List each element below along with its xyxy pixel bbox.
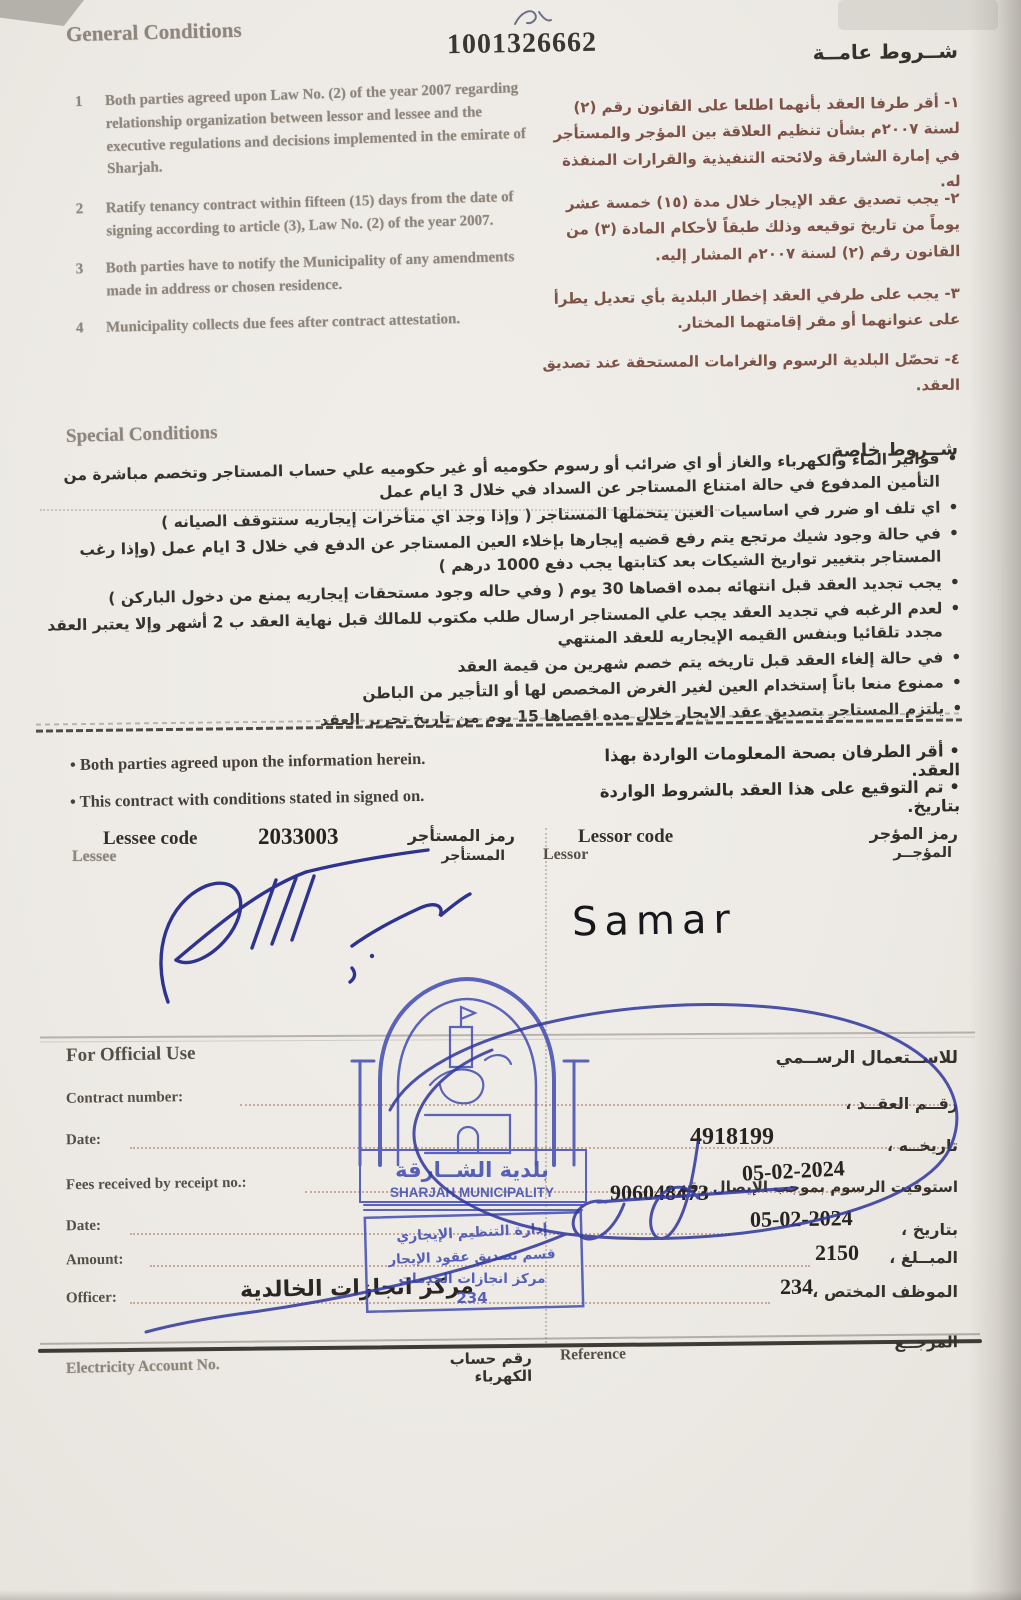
reference-label-en: Reference <box>560 1345 626 1364</box>
attestation-date-value: 05-02-2024 <box>750 1205 853 1233</box>
lessee-code-label-ar: رمز المستأجر <box>380 826 515 845</box>
item-text: Ratify tenancy contract within fifteen (… <box>105 186 528 243</box>
lessor-signature-name: Samar <box>572 897 738 946</box>
general-condition-ar-4: ٤- تحصّل البلدية الرسوم والغرامات المستح… <box>540 346 961 403</box>
officer-label-en: Officer: <box>66 1290 117 1308</box>
stamp-municipality-ar: بلدية الشــارقة <box>395 1158 549 1182</box>
stamp-dept-line: إدارة التنظيم الإيجاري <box>396 1221 548 1246</box>
item-number: ٤- <box>944 350 960 368</box>
item-text: يجب على طرفي العقد إخطار البلدية بأي تعد… <box>554 284 961 332</box>
lessee-label: Lessee <box>72 848 116 866</box>
item-text: Both parties have to notify the Municipa… <box>105 246 528 303</box>
general-conditions-heading-en: General Conditions <box>66 18 242 48</box>
general-condition-ar-2: ٢- يجب تصديق عقد الإيجار خلال مدة (١٥) خ… <box>539 185 960 270</box>
item-number: ١- <box>944 93 960 111</box>
stamp-section-line: قسم تصديق عقود الإيجار <box>387 1246 556 1268</box>
item-number: ٣- <box>944 284 960 302</box>
contract-number-label-ar: رقــم العقــد ، <box>760 1094 958 1113</box>
official-use-heading-en: For Official Use <box>66 1043 196 1067</box>
special-conditions-list: فواتير الماء والكهرباء والغاز أو اي ضرائ… <box>33 447 964 741</box>
general-condition-en-3: 3 Both parties have to notify the Munici… <box>75 246 528 304</box>
scanned-tenancy-contract-page: General Conditions 1001326662 شــروط عام… <box>0 0 1021 1600</box>
item-number: 4 <box>76 317 93 340</box>
item-number: 2 <box>75 198 92 244</box>
lessor-code-label: Lessor code <box>578 826 673 848</box>
amount-label-ar: المبــلغ ، <box>850 1248 958 1267</box>
general-condition-ar-1: ١- أقر طرفا العقد بأنهما اطلعا على القان… <box>539 89 960 200</box>
date2-label-en: Date: <box>66 1218 101 1235</box>
scan-edge-shadow-bottom <box>0 1590 1021 1600</box>
officer-number-value: 234 <box>780 1274 813 1300</box>
lessor-label-ar: المؤجــر <box>830 845 952 861</box>
item-text: Municipality collects due fees after con… <box>106 308 461 339</box>
item-text: أقر طرفا العقد بأنهما اطلعا على القانون … <box>553 93 960 190</box>
item-number: 1 <box>75 91 94 183</box>
lessee-code-label: Lessee code <box>103 828 197 850</box>
general-condition-en-4: 4 Municipality collects due fees after c… <box>76 306 528 340</box>
item-text: Both parties agreed upon Law No. (2) of … <box>105 77 530 181</box>
dotted-rule <box>40 509 720 511</box>
electricity-account-label-en: Electricity Account No. <box>66 1356 220 1378</box>
stamp-municipality-en: SHARJAH MUNICIPALITY <box>390 1185 554 1200</box>
agreement-statement-ar-2: تم التوقيع على هذا العقد بالشروط الواردة… <box>560 777 960 821</box>
date2-label-ar: بتاريخ ، <box>850 1220 958 1239</box>
scan-edge-shadow <box>969 0 1021 1600</box>
general-condition-en-2: 2 Ratify tenancy contract within fifteen… <box>75 186 528 244</box>
lessor-label: Lessor <box>543 846 588 864</box>
item-number: ٢- <box>944 189 960 207</box>
amount-label-en: Amount: <box>66 1252 124 1270</box>
date1-label-ar: تاريخــه ، <box>820 1136 958 1155</box>
amount-value: 2150 <box>815 1240 859 1266</box>
special-conditions-heading-en: Special Conditions <box>66 422 218 448</box>
agreement-statement-en-1: Both parties agreed upon the information… <box>70 749 426 775</box>
item-text: تحصّل البلدية الرسوم والغرامات المستحقة … <box>542 350 960 394</box>
electricity-account-label-ar: رقم حساب الكهرباء <box>390 1349 533 1387</box>
fees-label-en: Fees received by receipt no.: <box>66 1175 247 1195</box>
date1-label-en: Date: <box>66 1132 101 1149</box>
contract-serial-number: 1001326662 <box>447 27 598 62</box>
reference-label-ar: المرجــع <box>860 1333 958 1353</box>
lessor-code-label-ar: رمز المؤجر <box>830 824 958 843</box>
lessee-code-value: 2033003 <box>258 824 339 850</box>
officer-label-ar: الموظف المختص ، <box>790 1282 958 1301</box>
sharjah-municipality-stamp: بلدية الشــارقة SHARJAH MUNICIPALITY إدا… <box>330 965 670 1315</box>
general-conditions-heading-ar: شــروط عامــة <box>760 39 958 66</box>
general-condition-en-1: 1 Both parties agreed upon Law No. (2) o… <box>75 77 530 182</box>
stamp-number: 234 <box>456 1289 487 1307</box>
contract-date-value: 4918199 <box>690 1124 774 1151</box>
contract-number-label-en: Contract number: <box>66 1089 183 1108</box>
handwritten-mark <box>505 2 555 30</box>
fees-date-value: 05-02-2024 <box>741 1155 845 1186</box>
lessee-label-ar: المستأجر <box>380 848 505 864</box>
general-condition-ar-3: ٣- يجب على طرفي العقد إخطار البلدية بأي … <box>540 280 961 338</box>
item-number: 3 <box>75 258 92 304</box>
item-text: يجب تصديق عقد الإيجار خلال مدة (١٥) خمسة… <box>566 189 961 263</box>
stamp-center-line: مركز انجازات الخدمات <box>398 1271 545 1287</box>
official-use-heading-ar: للاســتعمال الرســمي <box>700 1048 958 1068</box>
agreement-statement-en-2: This contract with conditions stated in … <box>70 786 425 812</box>
